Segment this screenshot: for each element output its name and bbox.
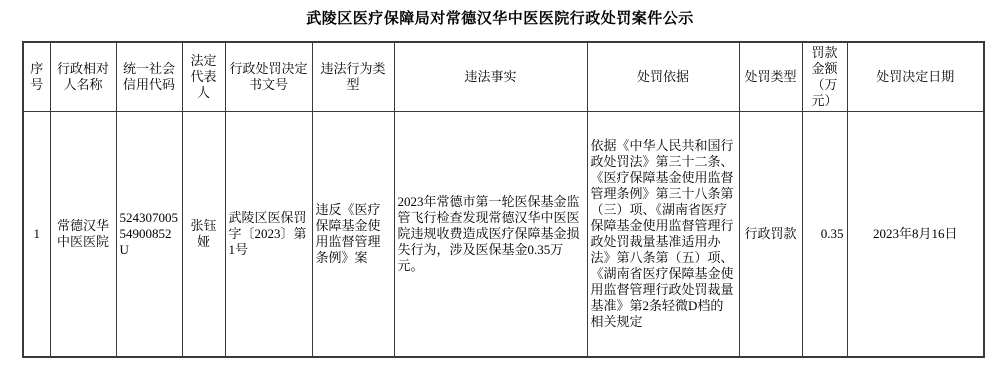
cell-fine-amount: 0.35 — [802, 112, 847, 357]
col-header-penalty-type: 处罚类型 — [739, 42, 802, 112]
table-row: 1 常德汉华中医医院 52430700554900852U 张钰娅 武陵区医保罚… — [23, 112, 984, 357]
col-header-serial: 序号 — [23, 42, 50, 112]
col-header-penalty-basis: 处罚依据 — [587, 42, 739, 112]
cell-violation-facts: 2023年常德市第一轮医保基金监管飞行检查发现常德汉华中医医院违规收费造成医疗保… — [394, 112, 587, 357]
cell-decision-doc-no: 武陵区医保罚字〔2023〕第1号 — [225, 112, 312, 357]
cell-penalty-type: 行政罚款 — [739, 112, 802, 357]
cell-decision-date: 2023年8月16日 — [847, 112, 984, 357]
col-header-party-name: 行政相对人名称 — [50, 42, 116, 112]
page-title: 武陵区医疗保障局对常德汉华中医医院行政处罚案件公示 — [0, 9, 1000, 29]
col-header-violation-type: 违法行为类型 — [312, 42, 394, 112]
cell-party-name: 常德汉华中医医院 — [50, 112, 116, 357]
col-header-fine-amount: 罚款金额（万元） — [802, 42, 847, 112]
table-body: 1 常德汉华中医医院 52430700554900852U 张钰娅 武陵区医保罚… — [23, 112, 984, 357]
col-header-legal-rep: 法定代表人 — [182, 42, 225, 112]
cell-penalty-basis: 依据《中华人民共和国行政处罚法》第三十二条、《医疗保障基金使用监督管理条例》第三… — [587, 112, 739, 357]
cell-violation-type: 违反《医疗保障基金使用监督管理条例》案 — [312, 112, 394, 357]
col-header-decision-date: 处罚决定日期 — [847, 42, 984, 112]
header-row: 序号 行政相对人名称 统一社会信用代码 法定代表人 行政处罚决定书文号 违法行为… — [23, 42, 984, 112]
cell-legal-rep: 张钰娅 — [182, 112, 225, 357]
table-header: 序号 行政相对人名称 统一社会信用代码 法定代表人 行政处罚决定书文号 违法行为… — [23, 42, 984, 112]
col-header-decision-doc-no: 行政处罚决定书文号 — [225, 42, 312, 112]
penalty-table: 序号 行政相对人名称 统一社会信用代码 法定代表人 行政处罚决定书文号 违法行为… — [22, 41, 985, 358]
cell-credit-code: 52430700554900852U — [116, 112, 182, 357]
col-header-credit-code: 统一社会信用代码 — [116, 42, 182, 112]
col-header-violation-facts: 违法事实 — [394, 42, 587, 112]
cell-serial: 1 — [23, 112, 50, 357]
